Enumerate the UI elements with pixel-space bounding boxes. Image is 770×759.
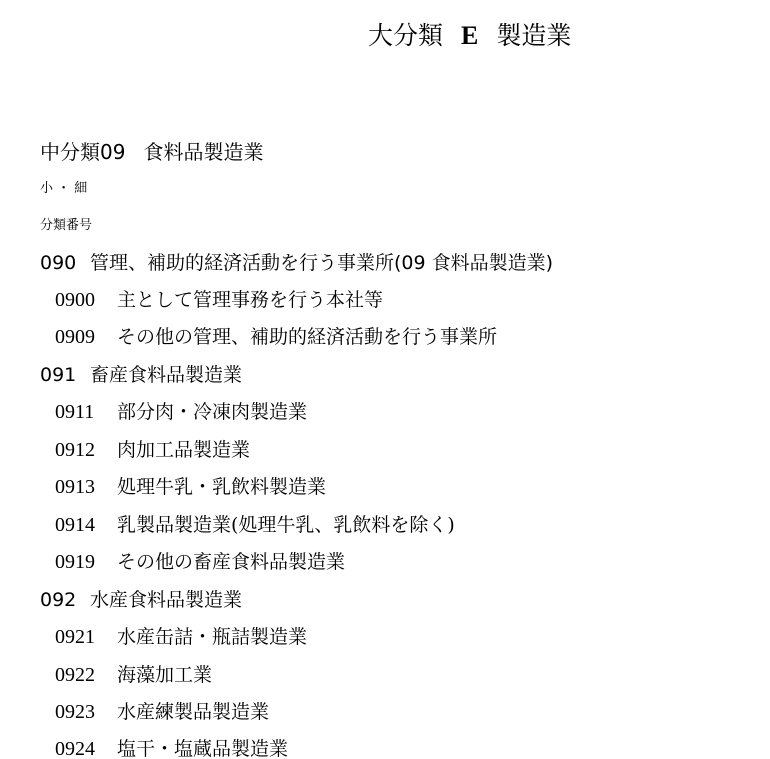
item-name: 処理牛乳・乳飲料製造業 — [117, 476, 326, 498]
middle-category-label: 中分類09 — [40, 140, 125, 164]
item-code: 0923 — [55, 701, 117, 724]
item-code: 0921 — [55, 626, 117, 649]
item-row: 0922海藻加工業 — [55, 660, 212, 687]
item-row: 0912肉加工品製造業 — [55, 435, 250, 462]
group-row: 090管理、補助的経済活動を行う事業所(09 食料品製造業) — [40, 248, 553, 275]
item-code: 0919 — [55, 551, 117, 574]
item-name: 水産缶詰・瓶詰製造業 — [117, 626, 307, 648]
group-code: 091 — [40, 364, 90, 386]
item-code: 0914 — [55, 514, 117, 537]
item-name: 部分肉・冷凍肉製造業 — [117, 401, 307, 423]
major-category-title: 大分類E製造業 — [368, 16, 571, 52]
item-name: 塩干・塩蔵品製造業 — [117, 738, 288, 759]
group-code: 090 — [40, 252, 90, 274]
middle-category-heading: 中分類09食料品製造業 — [40, 136, 263, 165]
item-code: 0911 — [55, 401, 117, 424]
item-code: 0922 — [55, 664, 117, 687]
group-name: 畜産食料品製造業 — [90, 364, 242, 386]
item-row: 0924塩干・塩蔵品製造業 — [55, 734, 288, 759]
group-row: 092水産食料品製造業 — [40, 585, 242, 612]
item-row: 0909その他の管理、補助的経済活動を行う事業所 — [55, 322, 497, 349]
item-name: 主として管理事務を行う本社等 — [117, 289, 383, 311]
item-name: 肉加工品製造業 — [117, 439, 250, 461]
group-row: 091畜産食料品製造業 — [40, 360, 242, 387]
group-code: 092 — [40, 589, 90, 611]
item-code: 0912 — [55, 439, 117, 462]
item-name: 水産練製品製造業 — [117, 701, 269, 723]
group-name: 水産食料品製造業 — [90, 589, 242, 611]
item-name: その他の畜産食料品製造業 — [117, 551, 345, 573]
middle-category-name: 食料品製造業 — [143, 140, 263, 164]
group-name: 管理、補助的経済活動を行う事業所(09 食料品製造業) — [90, 252, 553, 274]
item-row: 0923水産練製品製造業 — [55, 697, 269, 724]
item-name: その他の管理、補助的経済活動を行う事業所 — [117, 326, 497, 348]
item-row: 0900主として管理事務を行う本社等 — [55, 285, 383, 312]
major-category-prefix: 大分類 — [368, 21, 443, 50]
item-row: 0911部分肉・冷凍肉製造業 — [55, 397, 307, 424]
item-row: 0914乳製品製造業(処理牛乳、乳飲料を除く) — [55, 510, 455, 537]
column-header-line1: 小 ・ 細 — [40, 177, 87, 196]
column-header-line2: 分類番号 — [40, 214, 92, 233]
item-name: 乳製品製造業(処理牛乳、乳飲料を除く) — [117, 514, 455, 536]
item-code: 0924 — [55, 738, 117, 759]
major-category-letter: E — [461, 21, 478, 50]
item-code: 0913 — [55, 476, 117, 499]
item-row: 0921水産缶詰・瓶詰製造業 — [55, 622, 307, 649]
item-row: 0913処理牛乳・乳飲料製造業 — [55, 472, 326, 499]
major-category-name: 製造業 — [496, 21, 571, 50]
item-row: 0919その他の畜産食料品製造業 — [55, 547, 345, 574]
item-name: 海藻加工業 — [117, 664, 212, 686]
item-code: 0909 — [55, 326, 117, 349]
item-code: 0900 — [55, 289, 117, 312]
